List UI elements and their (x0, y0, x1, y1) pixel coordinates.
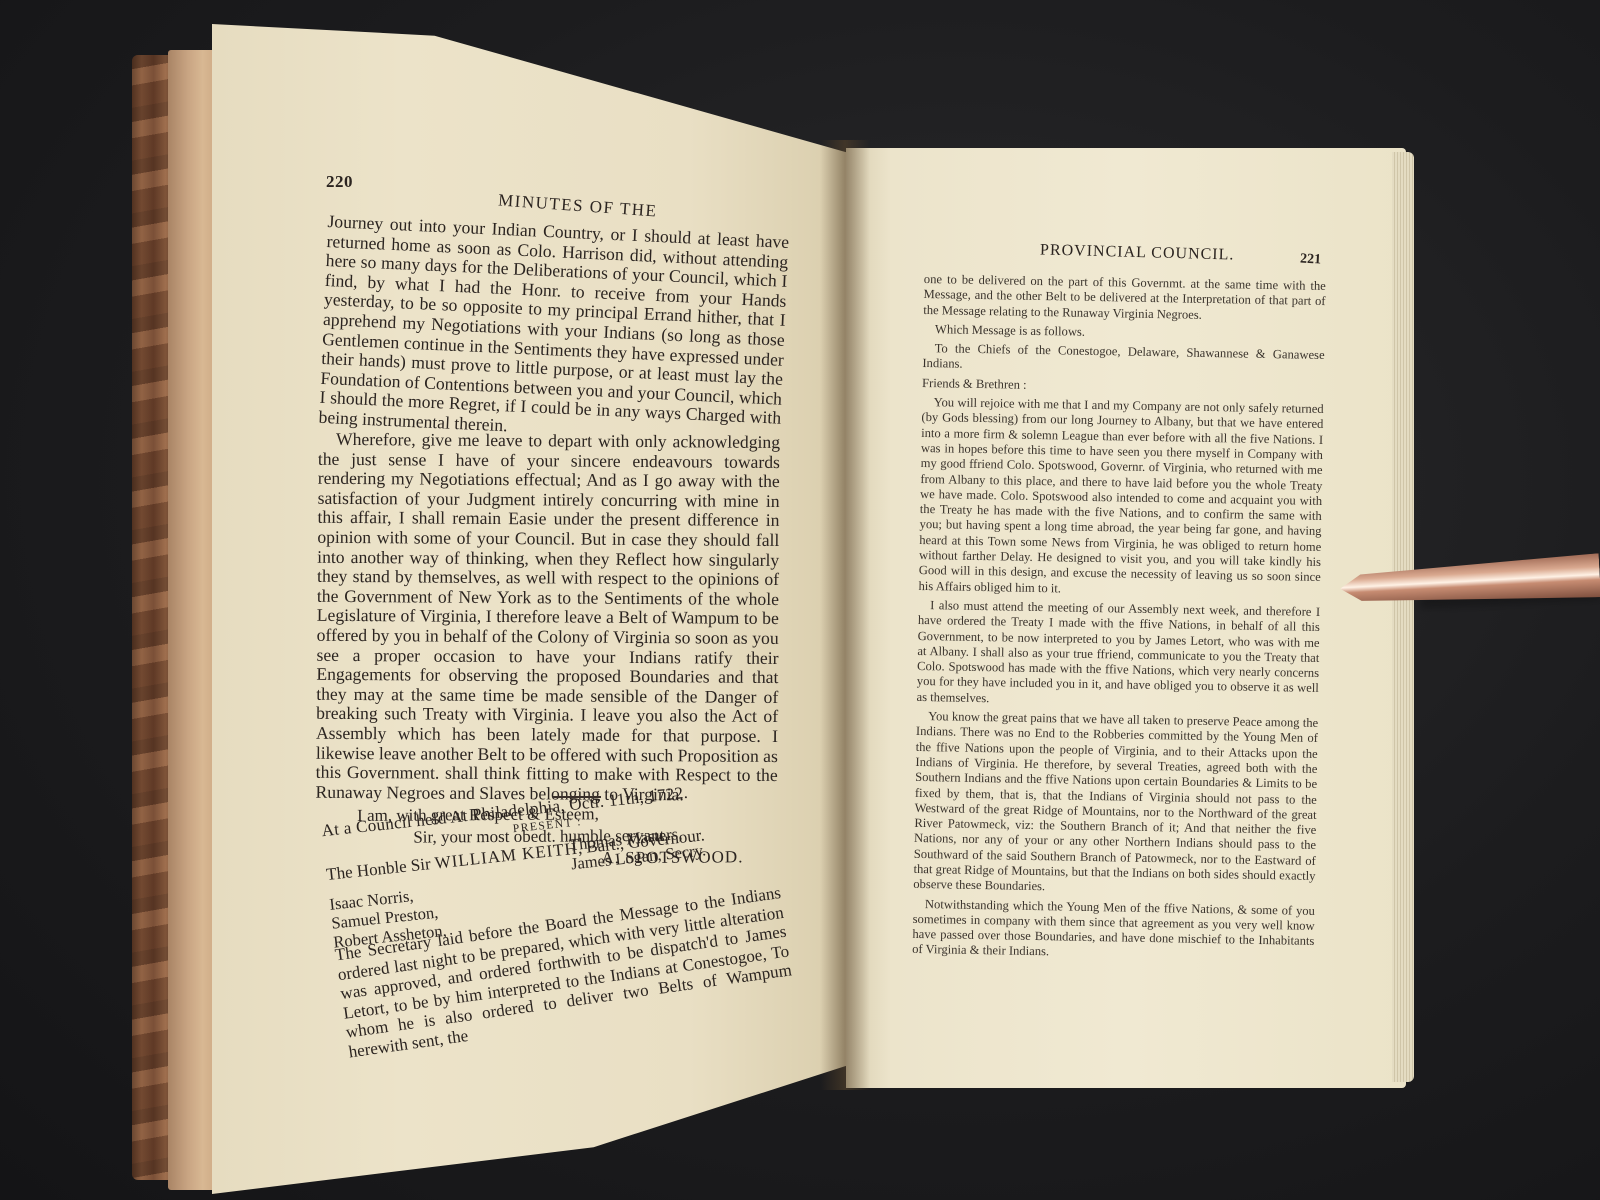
page-number-right: 221 (1300, 251, 1322, 268)
salutation: Friends & Brethren : (922, 376, 1324, 398)
paragraph: Notwithstanding which the Young Men of t… (912, 896, 1315, 964)
council-minutes: At a Council held At Philadelphia, Octr.… (321, 774, 794, 1062)
page-number-left: 220 (326, 172, 353, 192)
paragraph: You will rejoice with me that I and my C… (918, 395, 1323, 601)
right-page-body: one to be delivered on the part of this … (912, 272, 1326, 965)
letter-paragraph: Journey out into your Indian Country, or… (318, 212, 789, 448)
paragraph: Which Message is as follows. (923, 322, 1325, 344)
book-gutter (820, 140, 870, 1090)
address-line: To the Chiefs of the Conestogoe, Delawar… (922, 341, 1324, 379)
paragraph: You know the great pains that we have al… (913, 709, 1318, 900)
right-page-stack-edge (1392, 152, 1414, 1082)
letter-paragraph: Wherefore, give me leave to depart with … (316, 429, 781, 804)
paragraph: I also must attend the meeting of our As… (916, 598, 1320, 712)
book-photo: 220 MINUTES OF THE Journey out into your… (0, 0, 1600, 1200)
paragraph: one to be delivered on the part of this … (923, 272, 1326, 325)
